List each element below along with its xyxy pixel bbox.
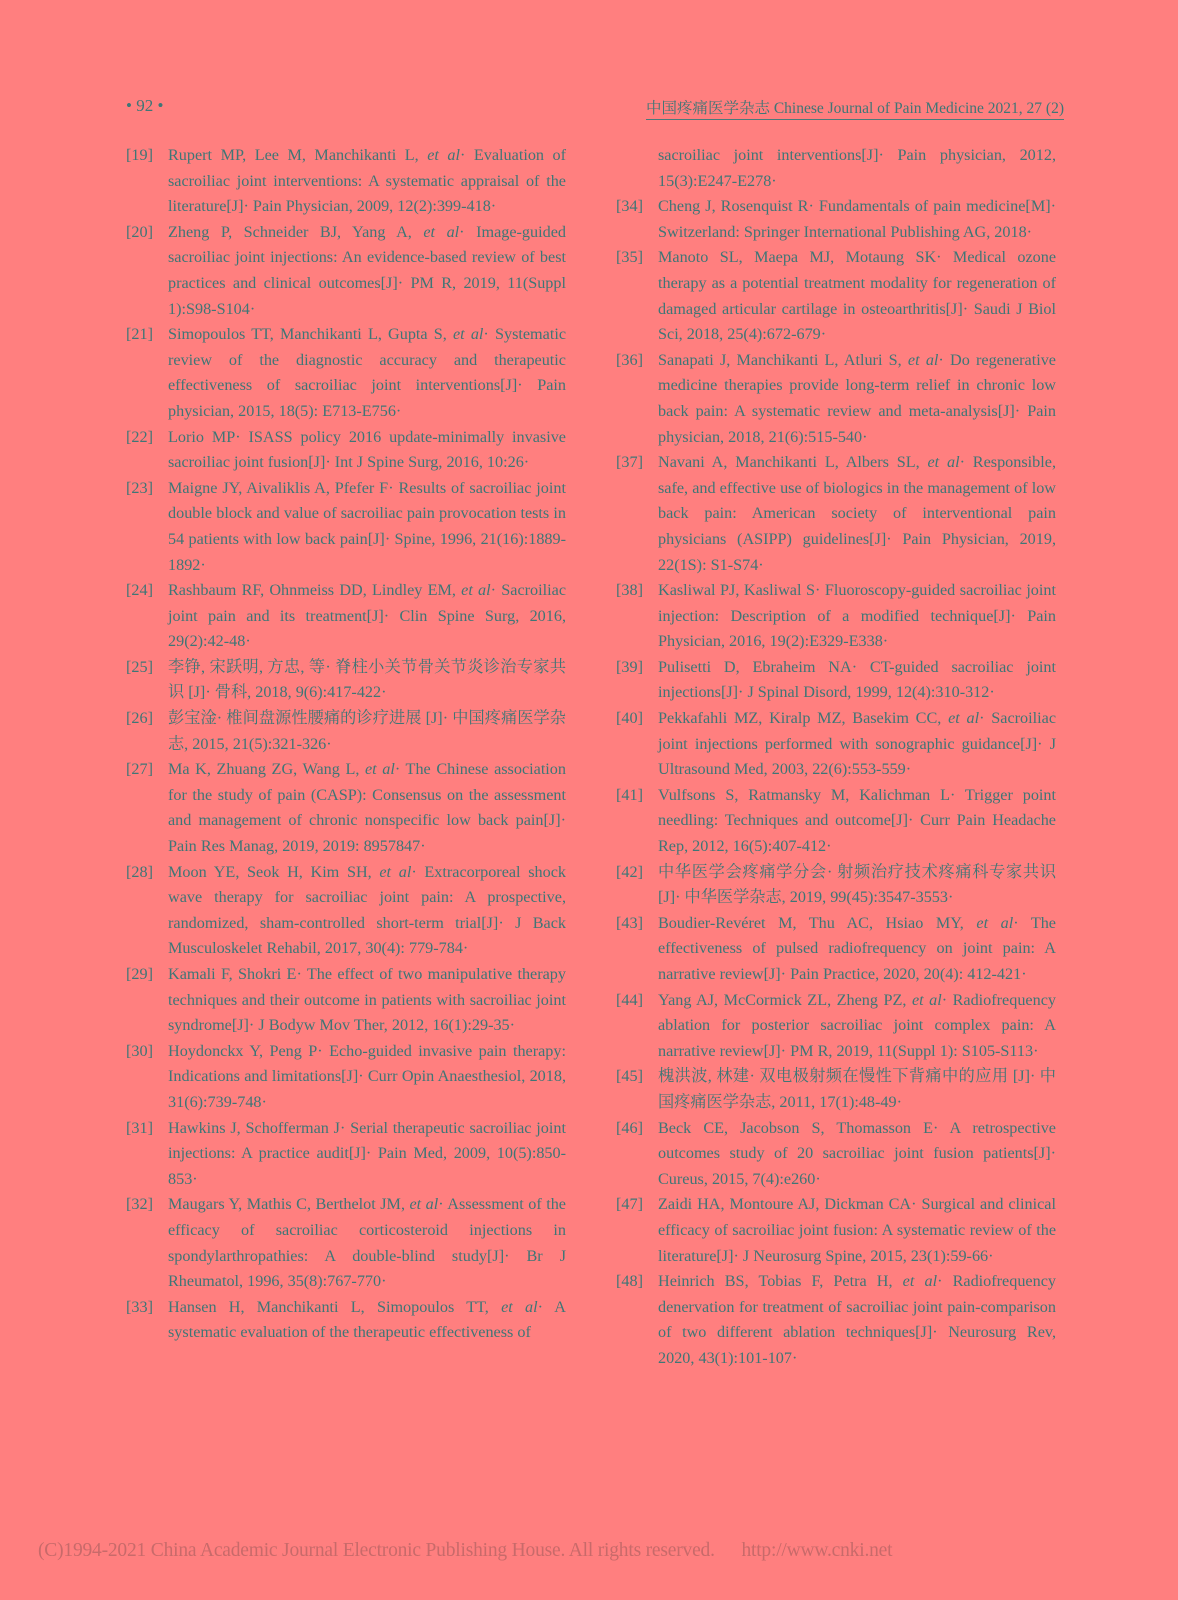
reference-number: [47]: [616, 1192, 658, 1269]
reference-authors: Hansen H, Manchikanti L, Simopoulos TT,: [168, 1298, 501, 1316]
reference-text: Maugars Y, Mathis C, Berthelot JM, et al…: [168, 1192, 566, 1294]
reference-number: [30]: [126, 1039, 168, 1116]
reference-text: Sanapati J, Manchikanti L, Atluri S, et …: [658, 348, 1056, 450]
reference-entry: [45]槐洪波, 林建· 双电极射频在慢性下背痛中的应用 [J]· 中国疼痛医学…: [616, 1064, 1056, 1115]
reference-number: [19]: [126, 143, 168, 220]
reference-entry: [34]Cheng J, Rosenquist R· Fundamentals …: [616, 194, 1056, 245]
reference-authors: Sanapati J, Manchikanti L, Atluri S,: [658, 351, 908, 369]
et-al: et al: [427, 146, 460, 164]
reference-number: [27]: [126, 757, 168, 859]
et-al: et al: [410, 1195, 439, 1213]
reference-entry: [35]Manoto SL, Maepa MJ, Motaung SK· Med…: [616, 245, 1056, 347]
reference-authors: Beck CE, Jacobson S, Thomasson E: [658, 1119, 933, 1137]
reference-authors: Maigne JY, Aivaliklis A, Pfefer F: [168, 479, 388, 497]
et-al: et al: [379, 863, 411, 881]
reference-authors: Zaidi HA, Montoure AJ, Dickman CA: [658, 1195, 911, 1213]
reference-entry: [31]Hawkins J, Schofferman J· Serial the…: [126, 1116, 566, 1193]
reference-number: [32]: [126, 1192, 168, 1294]
journal-title: 中国疼痛医学杂志 Chinese Journal of Pain Medicin…: [646, 96, 1064, 120]
reference-number: [34]: [616, 194, 658, 245]
reference-text: Hoydonckx Y, Peng P· Echo-guided invasiv…: [168, 1039, 566, 1116]
reference-authors: Zheng P, Schneider BJ, Yang A,: [168, 223, 423, 241]
reference-text: Hawkins J, Schofferman J· Serial therape…: [168, 1116, 566, 1193]
reference-text: Moon YE, Seok H, Kim SH, et al· Extracor…: [168, 860, 566, 962]
reference-entry: [25]李铮, 宋跃明, 方忠, 等· 脊柱小关节骨关节炎诊治专家共识 [J]·…: [126, 655, 566, 706]
reference-number: [26]: [126, 706, 168, 757]
reference-text: Manoto SL, Maepa MJ, Motaung SK· Medical…: [658, 245, 1056, 347]
reference-number: [25]: [126, 655, 168, 706]
reference-entry: [43]Boudier-Revéret M, Thu AC, Hsiao MY,…: [616, 911, 1056, 988]
reference-authors: Cheng J, Rosenquist R: [658, 197, 808, 215]
references-right-column: sacroiliac joint interventions[J]· Pain …: [616, 143, 1056, 1372]
et-al: et al: [423, 223, 459, 241]
et-al: et al: [903, 1272, 937, 1290]
reference-text: Maigne JY, Aivaliklis A, Pfefer F· Resul…: [168, 476, 566, 578]
reference-text: Kamali F, Shokri E· The effect of two ma…: [168, 962, 566, 1039]
reference-authors: Simopoulos TT, Manchikanti L, Gupta S,: [168, 325, 453, 343]
reference-number: [35]: [616, 245, 658, 347]
cnki-link[interactable]: http://www.cnki.net: [741, 1540, 892, 1561]
reference-entry: [27]Ma K, Zhuang ZG, Wang L, et al· The …: [126, 757, 566, 859]
copyright-footer: (C)1994-2021 China Academic Journal Elec…: [38, 1540, 892, 1562]
reference-text: Pulisetti D, Ebraheim NA· CT-guided sacr…: [658, 655, 1056, 706]
et-al: et al: [908, 351, 938, 369]
reference-authors: Rupert MP, Lee M, Manchikanti L,: [168, 146, 427, 164]
reference-authors: Ma K, Zhuang ZG, Wang L,: [168, 760, 365, 778]
et-al: et al: [501, 1298, 538, 1316]
reference-authors: Yang AJ, McCormick ZL, Zheng PZ,: [658, 991, 912, 1009]
reference-authors: Heinrich BS, Tobias F, Petra H,: [658, 1272, 903, 1290]
reference-number: [44]: [616, 988, 658, 1065]
reference-entry: [44]Yang AJ, McCormick ZL, Zheng PZ, et …: [616, 988, 1056, 1065]
reference-text: Hansen H, Manchikanti L, Simopoulos TT, …: [168, 1295, 566, 1346]
reference-authors: Moon YE, Seok H, Kim SH,: [168, 863, 379, 881]
reference-text: Kasliwal PJ, Kasliwal S· Fluoroscopy-gui…: [658, 578, 1056, 655]
reference-entry: [19]Rupert MP, Lee M, Manchikanti L, et …: [126, 143, 566, 220]
et-al: et al: [927, 453, 959, 471]
reference-entry: [26]彭宝淦· 椎间盘源性腰痛的诊疗进展 [J]· 中国疼痛医学杂志, 201…: [126, 706, 566, 757]
reference-number: [40]: [616, 706, 658, 783]
reference-authors: 中华医学会疼痛学分会: [658, 863, 827, 881]
reference-number: [38]: [616, 578, 658, 655]
reference-authors: 槐洪波, 林建: [658, 1067, 750, 1085]
reference-entry: [36]Sanapati J, Manchikanti L, Atluri S,…: [616, 348, 1056, 450]
reference-authors: Kasliwal PJ, Kasliwal S: [658, 581, 815, 599]
reference-number: [46]: [616, 1116, 658, 1193]
reference-authors: 彭宝淦: [168, 709, 217, 727]
reference-entry: [39]Pulisetti D, Ebraheim NA· CT-guided …: [616, 655, 1056, 706]
reference-number: [23]: [126, 476, 168, 578]
reference-authors: Hawkins J, Schofferman J: [168, 1119, 340, 1137]
reference-details: · 椎间盘源性腰痛的诊疗进展 [J]· 中国疼痛医学杂志, 2015, 21(5…: [168, 709, 566, 753]
reference-number: [42]: [616, 860, 658, 911]
reference-text: Zaidi HA, Montoure AJ, Dickman CA· Surgi…: [658, 1192, 1056, 1269]
reference-entry: [20]Zheng P, Schneider BJ, Yang A, et al…: [126, 220, 566, 322]
reference-entry: [23]Maigne JY, Aivaliklis A, Pfefer F· R…: [126, 476, 566, 578]
reference-entry: [40]Pekkafahli MZ, Kiralp MZ, Basekim CC…: [616, 706, 1056, 783]
reference-entry: [32]Maugars Y, Mathis C, Berthelot JM, e…: [126, 1192, 566, 1294]
reference-authors: Hoydonckx Y, Peng P: [168, 1042, 317, 1060]
et-al: et al: [912, 991, 942, 1009]
reference-details: · Responsible, safe, and effective use o…: [658, 453, 1056, 573]
reference-entry: [21]Simopoulos TT, Manchikanti L, Gupta …: [126, 322, 566, 424]
reference-text: Heinrich BS, Tobias F, Petra H, et al· R…: [658, 1269, 1056, 1371]
reference-entry: [24]Rashbaum RF, Ohnmeiss DD, Lindley EM…: [126, 578, 566, 655]
reference-details: sacroiliac joint interventions[J]· Pain …: [658, 146, 1056, 190]
reference-text: Pekkafahli MZ, Kiralp MZ, Basekim CC, et…: [658, 706, 1056, 783]
reference-text: Boudier-Revéret M, Thu AC, Hsiao MY, et …: [658, 911, 1056, 988]
et-al: et al: [976, 914, 1013, 932]
reference-number: [28]: [126, 860, 168, 962]
reference-text: Rashbaum RF, Ohnmeiss DD, Lindley EM, et…: [168, 578, 566, 655]
reference-number: [36]: [616, 348, 658, 450]
reference-text: Lorio MP· ISASS policy 2016 update-minim…: [168, 425, 566, 476]
et-al: et al: [461, 581, 491, 599]
reference-number: [24]: [126, 578, 168, 655]
reference-authors: Pulisetti D, Ebraheim NA: [658, 658, 852, 676]
reference-number: [39]: [616, 655, 658, 706]
reference-number: [20]: [126, 220, 168, 322]
reference-entry: [29]Kamali F, Shokri E· The effect of tw…: [126, 962, 566, 1039]
reference-entry: sacroiliac joint interventions[J]· Pain …: [616, 143, 1056, 194]
reference-entry: [41]Vulfsons S, Ratmansky M, Kalichman L…: [616, 783, 1056, 860]
running-header: • 92 • 中国疼痛医学杂志 Chinese Journal of Pain …: [126, 96, 1064, 122]
reference-entry: [28]Moon YE, Seok H, Kim SH, et al· Extr…: [126, 860, 566, 962]
reference-number: [43]: [616, 911, 658, 988]
reference-entry: [47]Zaidi HA, Montoure AJ, Dickman CA· S…: [616, 1192, 1056, 1269]
reference-text: Navani A, Manchikanti L, Albers SL, et a…: [658, 450, 1056, 578]
reference-authors: Rashbaum RF, Ohnmeiss DD, Lindley EM,: [168, 581, 461, 599]
reference-text: Simopoulos TT, Manchikanti L, Gupta S, e…: [168, 322, 566, 424]
page-number: • 92 •: [126, 96, 163, 116]
reference-authors: Lorio MP: [168, 428, 235, 446]
reference-authors: Vulfsons S, Ratmansky M, Kalichman L: [658, 786, 950, 804]
reference-authors: Kamali F, Shokri E: [168, 965, 296, 983]
reference-text: Cheng J, Rosenquist R· Fundamentals of p…: [658, 194, 1056, 245]
reference-text: 槐洪波, 林建· 双电极射频在慢性下背痛中的应用 [J]· 中国疼痛医学杂志, …: [658, 1064, 1056, 1115]
reference-entry: [46]Beck CE, Jacobson S, Thomasson E· A …: [616, 1116, 1056, 1193]
reference-entry: [42]中华医学会疼痛学分会· 射频治疗技术疼痛科专家共识 [J]· 中华医学杂…: [616, 860, 1056, 911]
reference-authors: Boudier-Revéret M, Thu AC, Hsiao MY,: [658, 914, 976, 932]
reference-entry: [48]Heinrich BS, Tobias F, Petra H, et a…: [616, 1269, 1056, 1371]
reference-text: Zheng P, Schneider BJ, Yang A, et al· Im…: [168, 220, 566, 322]
reference-text: Ma K, Zhuang ZG, Wang L, et al· The Chin…: [168, 757, 566, 859]
et-al: et al: [365, 760, 395, 778]
reference-authors: Navani A, Manchikanti L, Albers SL,: [658, 453, 927, 471]
reference-entry: [30]Hoydonckx Y, Peng P· Echo-guided inv…: [126, 1039, 566, 1116]
references-left-column: [19]Rupert MP, Lee M, Manchikanti L, et …: [126, 143, 566, 1346]
reference-number: [48]: [616, 1269, 658, 1371]
reference-number: [37]: [616, 450, 658, 578]
reference-number: [22]: [126, 425, 168, 476]
reference-authors: Pekkafahli MZ, Kiralp MZ, Basekim CC,: [658, 709, 948, 727]
reference-entry: [33]Hansen H, Manchikanti L, Simopoulos …: [126, 1295, 566, 1346]
reference-number: [31]: [126, 1116, 168, 1193]
reference-text: sacroiliac joint interventions[J]· Pain …: [658, 143, 1056, 194]
reference-entry: [22]Lorio MP· ISASS policy 2016 update-m…: [126, 425, 566, 476]
reference-entry: [37]Navani A, Manchikanti L, Albers SL, …: [616, 450, 1056, 578]
reference-number: [33]: [126, 1295, 168, 1346]
reference-text: Vulfsons S, Ratmansky M, Kalichman L· Tr…: [658, 783, 1056, 860]
reference-number: [21]: [126, 322, 168, 424]
reference-text: 李铮, 宋跃明, 方忠, 等· 脊柱小关节骨关节炎诊治专家共识 [J]· 骨科,…: [168, 655, 566, 706]
reference-authors: 李铮, 宋跃明, 方忠, 等: [168, 658, 325, 676]
reference-text: 彭宝淦· 椎间盘源性腰痛的诊疗进展 [J]· 中国疼痛医学杂志, 2015, 2…: [168, 706, 566, 757]
et-al: et al: [948, 709, 979, 727]
copyright-text: (C)1994-2021 China Academic Journal Elec…: [38, 1540, 715, 1561]
reference-text: Beck CE, Jacobson S, Thomasson E· A retr…: [658, 1116, 1056, 1193]
reference-entry: [38]Kasliwal PJ, Kasliwal S· Fluoroscopy…: [616, 578, 1056, 655]
reference-authors: Manoto SL, Maepa MJ, Motaung SK: [658, 248, 936, 266]
reference-text: Rupert MP, Lee M, Manchikanti L, et al· …: [168, 143, 566, 220]
reference-text: Yang AJ, McCormick ZL, Zheng PZ, et al· …: [658, 988, 1056, 1065]
reference-number: [29]: [126, 962, 168, 1039]
reference-number: [45]: [616, 1064, 658, 1115]
reference-text: 中华医学会疼痛学分会· 射频治疗技术疼痛科专家共识 [J]· 中华医学杂志, 2…: [658, 860, 1056, 911]
reference-number: [41]: [616, 783, 658, 860]
et-al: et al: [453, 325, 483, 343]
reference-authors: Maugars Y, Mathis C, Berthelot JM,: [168, 1195, 410, 1213]
